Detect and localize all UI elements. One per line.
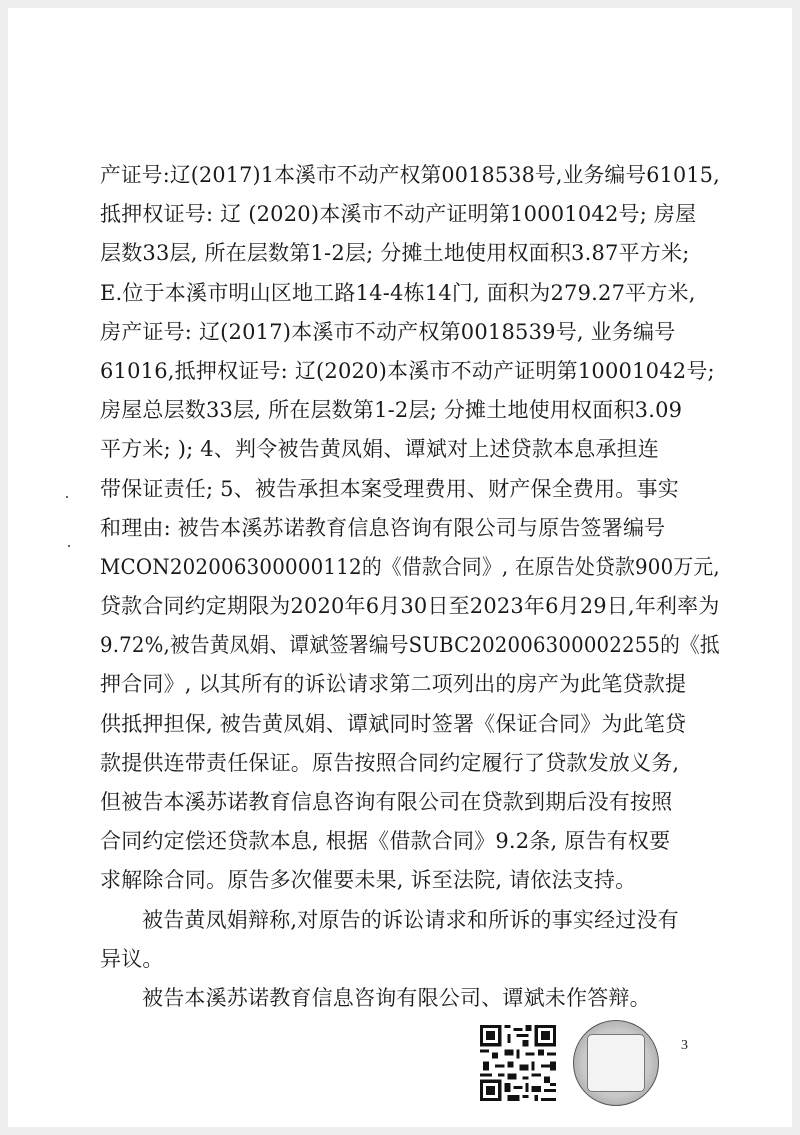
text-line: 但被告本溪苏诺教育信息咨询有限公司在贷款到期后没有按照 <box>100 783 720 822</box>
document-page: 产证号:辽(2017)1本溪市不动产权第0018538号,业务编号61015, … <box>8 8 792 1127</box>
text-line: 平方米; ); 4、判令被告黄凤娟、谭斌对上述贷款本息承担连 <box>100 430 720 469</box>
text-line: 房屋总层数33层, 所在层数第1-2层; 分摊土地使用权面积3.09 <box>100 391 720 430</box>
text-line: 押合同》, 以其所有的诉讼请求第二项列出的房产为此笔贷款提 <box>100 665 720 704</box>
text-line: 产证号:辽(2017)1本溪市不动产权第0018538号,业务编号61015, <box>100 156 711 195</box>
text-line: 供抵押担保, 被告黄凤娟、谭斌同时签署《保证合同》为此笔贷 <box>100 705 720 744</box>
text-line: 带保证责任; 5、被告承担本案受理费用、财产保全费用。事实 <box>100 470 720 509</box>
text-line: E.位于本溪市明山区地工路14-4栋14门, 面积为279.27平方米, <box>100 274 720 313</box>
court-seal-icon <box>573 1020 659 1106</box>
document-body: 产证号:辽(2017)1本溪市不动产权第0018538号,业务编号61015, … <box>100 156 720 1018</box>
text-line: 款提供连带责任保证。原告按照合同约定履行了贷款发放义务, <box>100 744 720 783</box>
scan-artifact-dot <box>66 496 68 498</box>
page-number: 3 <box>681 1038 688 1054</box>
text-line: 合同约定偿还贷款本息, 根据《借款合同》9.2条, 原告有权要 <box>100 822 720 861</box>
qr-code-icon <box>480 1025 556 1101</box>
text-line: 被告本溪苏诺教育信息咨询有限公司、谭斌未作答辩。 <box>100 979 720 1018</box>
text-line: 贷款合同约定期限为2020年6月30日至2023年6月29日,年利率为 <box>100 587 719 626</box>
text-line: 异议。 <box>100 940 720 979</box>
text-line: 和理由: 被告本溪苏诺教育信息咨询有限公司与原告签署编号 <box>100 509 720 548</box>
text-line: 房产证号: 辽(2017)本溪市不动产权第0018539号, 业务编号 <box>100 313 720 352</box>
text-line: 9.72%,被告黄凤娟、谭斌签署编号SUBC202006300002255的《抵 <box>100 626 682 665</box>
text-line: MCON202006300000112的《借款合同》, 在原告处贷款900万元, <box>100 548 685 587</box>
text-line: 被告黄凤娟辩称,对原告的诉讼请求和所诉的事实经过没有 <box>100 901 720 940</box>
seal-inner-square <box>587 1034 645 1092</box>
text-line: 层数33层, 所在层数第1-2层; 分摊土地使用权面积3.87平方米; <box>100 234 720 273</box>
text-line: 求解除合同。原告多次催要未果, 诉至法院, 请依法支持。 <box>100 861 720 900</box>
text-line: 抵押权证号: 辽 (2020)本溪市不动产证明第10001042号; 房屋 <box>100 195 720 234</box>
scan-artifact-dot <box>68 545 70 547</box>
text-line: 61016,抵押权证号: 辽(2020)本溪市不动产证明第10001042号; <box>100 352 720 391</box>
